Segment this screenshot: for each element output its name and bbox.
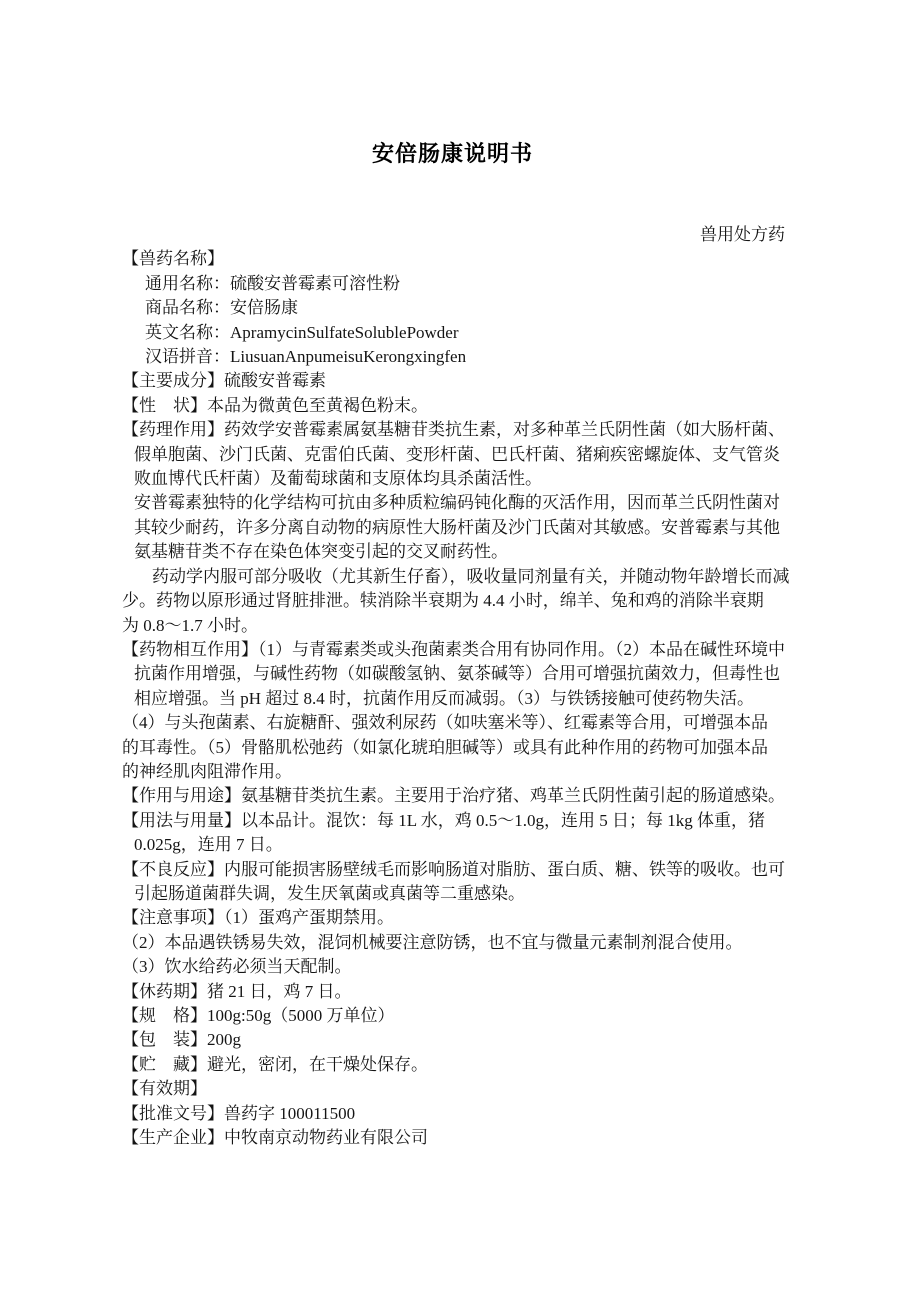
doc-line: 安普霉素独特的化学结构可抗由多种质粒编码钝化酶的灭活作用，因而革兰氏阴性菌对 xyxy=(122,491,789,515)
doc-line: 【贮 藏】避光，密闭，在干燥处保存。 xyxy=(122,1053,789,1077)
doc-line: （2）本品遇铁锈易失效，混饲机械要注意防锈，也不宜与微量元素制剂混合使用。 xyxy=(122,931,789,955)
doc-line: 通用名称：硫酸安普霉素可溶性粉 xyxy=(122,272,789,296)
doc-line: 其较少耐药，许多分离自动物的病原性大肠杆菌及沙门氏菌对其敏感。安普霉素与其他 xyxy=(122,516,789,540)
doc-line: 【有效期】 xyxy=(122,1077,789,1101)
doc-line: 【药物相互作用】（1）与青霉素类或头孢菌素类合用有协同作用。（2）本品在碱性环境… xyxy=(122,638,789,662)
doc-line: 【药理作用】药效学安普霉素属氨基糖苷类抗生素，对多种革兰氏阴性菌（如大肠杆菌、 xyxy=(122,418,789,442)
doc-line: 药动学内服可部分吸收（尤其新生仔畜），吸收量同剂量有关，并随动物年龄增长而减 xyxy=(122,565,789,589)
doc-line: 相应增强。当 pH 超过 8.4 时，抗菌作用反而减弱。（3）与铁锈接触可使药物… xyxy=(122,687,789,711)
doc-line: 【不良反应】内服可能损害肠壁绒毛而影响肠道对脂肪、蛋白质、糖、铁等的吸收。也可 xyxy=(122,858,789,882)
doc-line: 【主要成分】硫酸安普霉素 xyxy=(122,369,789,393)
document-page: 安倍肠康说明书 兽用处方药 【兽药名称】通用名称：硫酸安普霉素可溶性粉商品名称：… xyxy=(0,0,905,1299)
doc-line: 的神经肌肉阻滞作用。 xyxy=(122,760,789,784)
document-body: 【兽药名称】通用名称：硫酸安普霉素可溶性粉商品名称：安倍肠康英文名称：Apram… xyxy=(0,247,905,1150)
doc-line: 【用法与用量】以本品计。混饮：每 1L 水，鸡 0.5～1.0g，连用 5 日；… xyxy=(122,809,789,833)
doc-line: 少。药物以原形通过肾脏排泄。犊消除半衰期为 4.4 小时，绵羊、兔和鸡的消除半衰… xyxy=(122,589,789,613)
doc-line: 假单胞菌、沙门氏菌、克雷伯氏菌、变形杆菌、巴氏杆菌、猪痢疾密螺旋体、支气管炎 xyxy=(122,443,789,467)
doc-line: （3）饮水给药必须当天配制。 xyxy=(122,955,789,979)
doc-line: 【作用与用途】氨基糖苷类抗生素。主要用于治疗猪、鸡革兰氏阴性菌引起的肠道感染。 xyxy=(122,784,789,808)
doc-line: 氨基糖苷类不存在染色体突变引起的交叉耐药性。 xyxy=(122,540,789,564)
doc-line: 引起肠道菌群失调，发生厌氧菌或真菌等二重感染。 xyxy=(122,882,789,906)
doc-line: 为 0.8～1.7 小时。 xyxy=(122,614,789,638)
doc-line: 抗菌作用增强，与碱性药物（如碳酸氢钠、氨茶碱等）合用可增强抗菌效力，但毒性也 xyxy=(122,662,789,686)
doc-line: 【注意事项】（1）蛋鸡产蛋期禁用。 xyxy=(122,906,789,930)
doc-line: 【批准文号】兽药字 100011500 xyxy=(122,1102,789,1126)
doc-line: 【包 装】200g xyxy=(122,1028,789,1052)
doc-line: 的耳毒性。（5）骨骼肌松弛药（如氯化琥珀胆碱等）或具有此种作用的药物可加强本品 xyxy=(122,736,789,760)
doc-line: 【休药期】猪 21 日，鸡 7 日。 xyxy=(122,980,789,1004)
document-title: 安倍肠康说明书 xyxy=(0,141,905,167)
doc-line: 【性 状】本品为微黄色至黄褐色粉末。 xyxy=(122,394,789,418)
doc-line: 败血博代氏杆菌）及葡萄球菌和支原体均具杀菌活性。 xyxy=(122,467,789,491)
doc-line: 汉语拼音：LiusuanAnpumeisuKerongxingfen xyxy=(122,345,789,369)
doc-line: （4）与头孢菌素、右旋糖酐、强效利尿药（如呋塞米等）、红霉素等合用，可增强本品 xyxy=(122,711,789,735)
doc-line: 商品名称：安倍肠康 xyxy=(122,296,789,320)
doc-line: 0.025g，连用 7 日。 xyxy=(122,833,789,857)
doc-line: 英文名称：ApramycinSulfateSolublePowder xyxy=(122,321,789,345)
doc-line: 【生产企业】中牧南京动物药业有限公司 xyxy=(122,1126,789,1150)
prescription-type-label: 兽用处方药 xyxy=(0,223,905,247)
doc-line: 【规 格】100g:50g（5000 万单位） xyxy=(122,1004,789,1028)
doc-line: 【兽药名称】 xyxy=(122,247,789,271)
